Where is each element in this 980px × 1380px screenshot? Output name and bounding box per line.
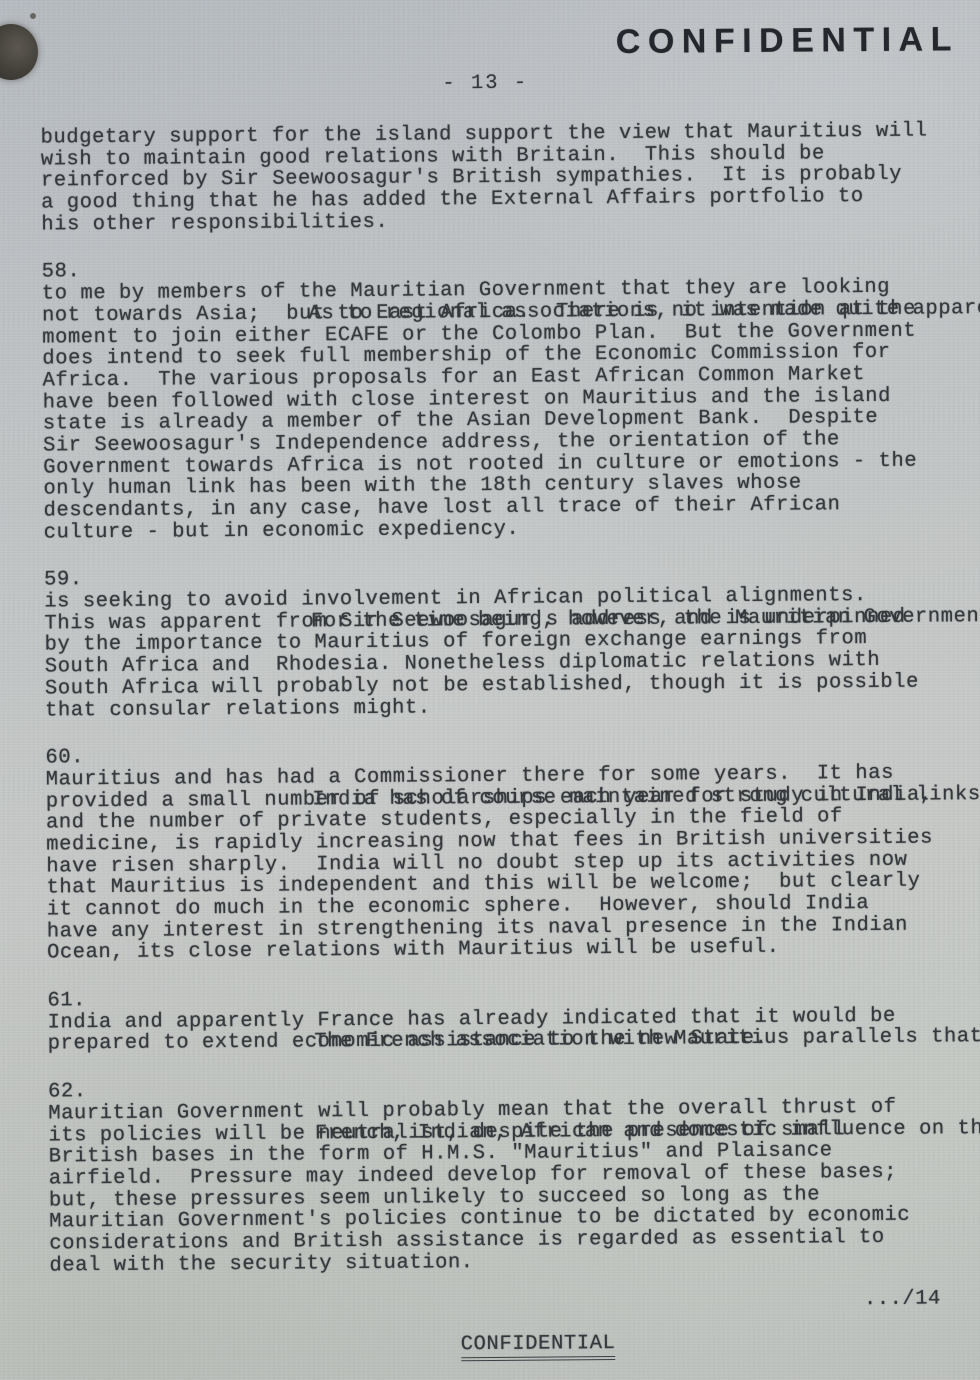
scanned-document-page: CONFIDENTIAL - 13 - budgetary support fo… [0, 0, 980, 1380]
paragraph-number: 60. [45, 747, 84, 769]
page-content: CONFIDENTIAL - 13 - budgetary support fo… [0, 0, 980, 1380]
paragraph-58: 58. As to regional associations, it was … [42, 255, 954, 544]
paragraph-number: 61. [47, 990, 86, 1012]
classification-stamp-top: CONFIDENTIAL [616, 20, 959, 62]
paragraph-61: 61. The French association with Mauritiu… [47, 983, 957, 1055]
paragraph-number: 59. [44, 570, 83, 592]
intro-paragraph: budgetary support for the island support… [41, 120, 952, 236]
paragraph-62: 62. French, Indian, African and domestic… [48, 1074, 960, 1276]
paragraph-first-line: The French association with Mauritius pa… [314, 1026, 980, 1053]
text-line: his other responsibilities. [41, 207, 951, 236]
footer: CONFIDENTIAL [5, 1329, 980, 1365]
paragraph-59: 59. For the time being, however, the Mau… [44, 563, 955, 722]
paragraph-number: 58. [42, 262, 81, 284]
classification-stamp-bottom: CONFIDENTIAL [461, 1332, 616, 1361]
text-line: Ocean, its close relations with Mauritiu… [47, 936, 957, 965]
continuation-marker: .../14 [864, 1287, 941, 1311]
page-number: - 13 - [0, 68, 975, 99]
paragraph-number: 62. [48, 1081, 87, 1103]
paragraph-60: 60. India has of course maintained stron… [45, 741, 957, 965]
document-body: budgetary support for the island support… [41, 120, 960, 1276]
